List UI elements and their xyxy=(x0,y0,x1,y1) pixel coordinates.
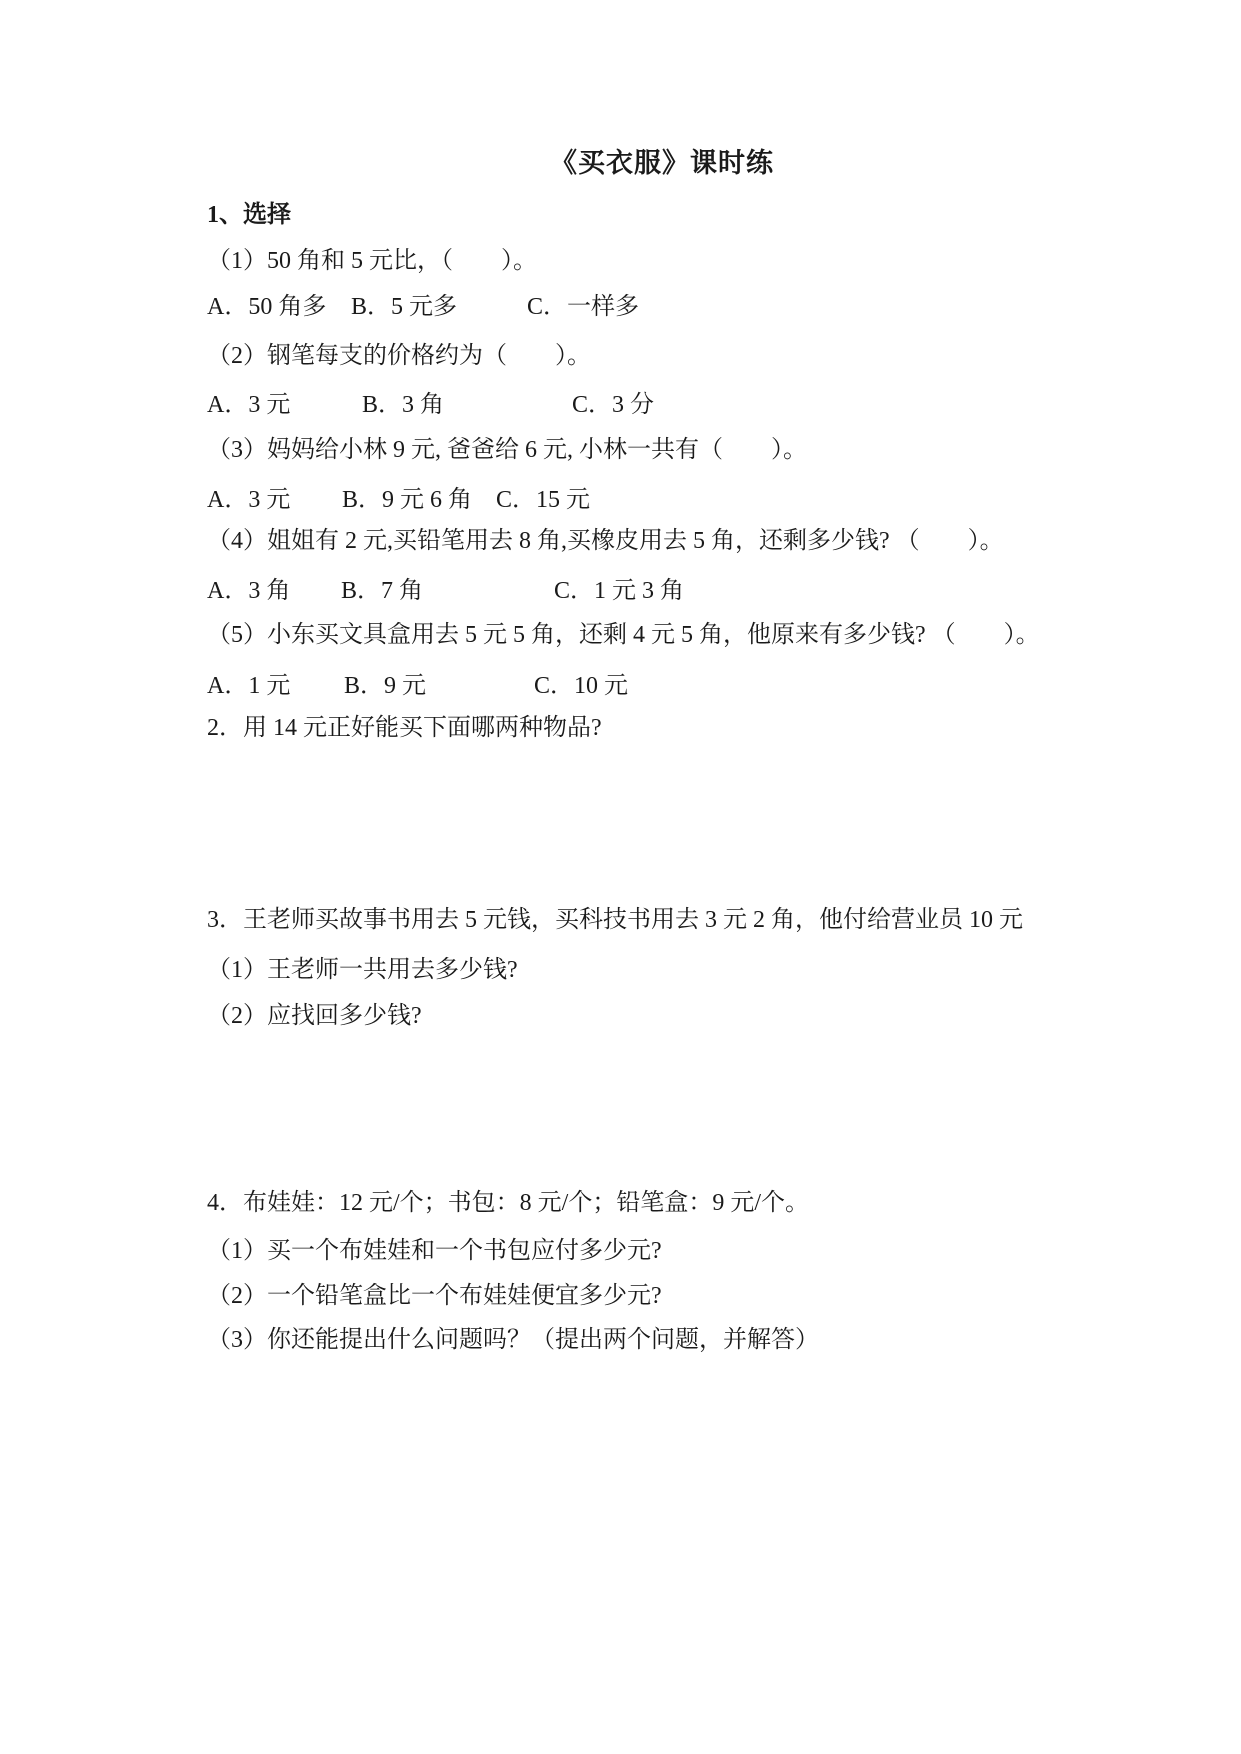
choice-q1-option-c: C．一样多 xyxy=(527,292,639,322)
choice-q5-option-c: C．10 元 xyxy=(534,671,628,701)
choice-q3-option-a: A．3 元 xyxy=(207,485,290,515)
choice-q3-stem: （3）妈妈给小林 9 元, 爸爸给 6 元, 小林一共有（ ）。 xyxy=(207,435,807,465)
choice-q2-option-c: C．3 分 xyxy=(572,390,654,420)
choice-q3-option-b: B．9 元 6 角 xyxy=(342,485,472,515)
choice-q1-options: A．50 角多 B．5 元多 C．一样多 xyxy=(207,292,1107,324)
choice-q5-option-b: B．9 元 xyxy=(344,671,426,701)
choice-q4-options: A．3 角 B．7 角 C．1 元 3 角 xyxy=(207,576,1107,608)
choice-q1-option-a: A．50 角多 xyxy=(207,292,326,322)
choice-q2-option-a: A．3 元 xyxy=(207,390,290,420)
question-4-stem: 4．布娃娃：12 元/个；书包：8 元/个；铅笔盒：9 元/个。 xyxy=(207,1188,809,1218)
choice-q1-stem: （1）50 角和 5 元比，（ ）。 xyxy=(207,246,537,276)
page-title: 《买衣服》课时练 xyxy=(550,148,774,178)
section-choice-heading: 1、选择 xyxy=(207,200,291,230)
choice-q4-option-b: B．7 角 xyxy=(341,576,423,606)
choice-q5-option-a: A．1 元 xyxy=(207,671,290,701)
choice-q2-option-b: B．3 角 xyxy=(362,390,444,420)
choice-q3-options: A．3 元 B．9 元 6 角 C．15 元 xyxy=(207,485,1107,517)
question-3-stem: 3．王老师买故事书用去 5 元钱，买科技书用去 3 元 2 角，他付给营业员 1… xyxy=(207,905,1023,935)
choice-q2-stem: （2）钢笔每支的价格约为（ ）。 xyxy=(207,341,591,371)
question-4-sub-1: （1）买一个布娃娃和一个书包应付多少元? xyxy=(207,1236,662,1266)
question-4-sub-2: （2）一个铅笔盒比一个布娃娃便宜多少元? xyxy=(207,1281,662,1311)
choice-q3-option-c: C．15 元 xyxy=(496,485,590,515)
choice-q1-option-b: B．5 元多 xyxy=(351,292,457,322)
choice-q5-options: A．1 元 B．9 元 C．10 元 xyxy=(207,671,1107,703)
choice-q2-options: A．3 元 B．3 角 C．3 分 xyxy=(207,390,1107,422)
question-4-sub-3: （3）你还能提出什么问题吗？（提出两个问题，并解答） xyxy=(207,1325,819,1355)
choice-q4-stem: （4）姐姐有 2 元,买铅笔用去 8 角,买橡皮用去 5 角，还剩多少钱? （ … xyxy=(207,526,1004,556)
question-3-sub-1: （1）王老师一共用去多少钱? xyxy=(207,955,518,985)
question-3-sub-2: （2）应找回多少钱? xyxy=(207,1001,422,1031)
choice-q4-option-a: A．3 角 xyxy=(207,576,290,606)
choice-q4-option-c: C．1 元 3 角 xyxy=(554,576,684,606)
worksheet-page: 《买衣服》课时练 1、选择 （1）50 角和 5 元比，（ ）。 A．50 角多… xyxy=(0,0,1241,1754)
question-2-stem: 2．用 14 元正好能买下面哪两种物品? xyxy=(207,713,602,743)
choice-q5-stem: （5）小东买文具盒用去 5 元 5 角，还剩 4 元 5 角，他原来有多少钱? … xyxy=(207,620,1040,650)
